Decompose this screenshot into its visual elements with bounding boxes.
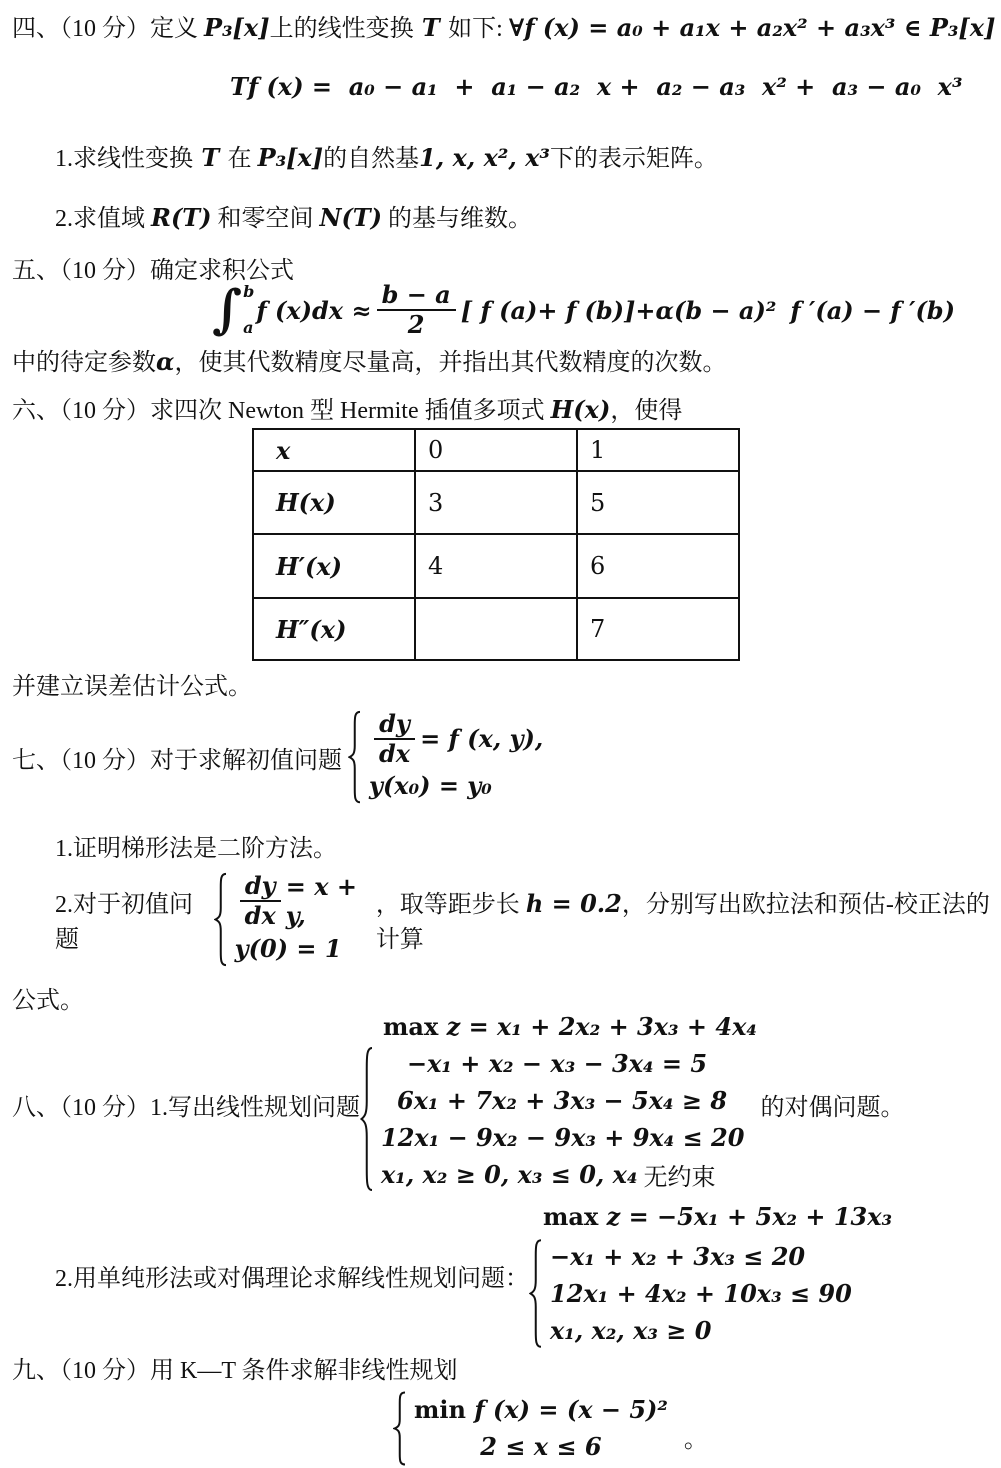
table-row: x 0 1: [253, 429, 739, 471]
q4-heading: 四、（10 分）定义 P₃[x]上的线性变换 T 如下: ∀f (x) = a₀…: [12, 8, 995, 43]
q8-heading: 八、（10 分）1.写出线性规划问题: [12, 1087, 360, 1122]
q8-item2-sign-constraints: x₁, x₂, x₃ ≥ 0: [550, 1312, 852, 1349]
q6-heading: 六、（10 分）求四次 Newton 型 Hermite 插值多项式 H(x)，…: [12, 390, 682, 425]
hermite-table: x 0 1 H(x) 3 5 H′(x) 4 6 H″(x) 7: [252, 428, 740, 661]
q8-objective2: max z = −5x₁ + 5x₂ + 13x₃: [543, 1202, 892, 1231]
q5-tail: 中的待定参数α，使其代数精度尽量高，并指出其代数精度的次数。: [12, 342, 726, 377]
integral-sign: ∫: [212, 288, 242, 332]
q6-footer: 并建立误差估计公式。: [12, 666, 252, 701]
q5-quadrature-formula: ∫ b a f (x)dx ≈ b − a 2 [ f (a)+ f (b)]+…: [212, 280, 955, 340]
q9-problem-row: min f (x) = (x − 5)² 2 ≤ x ≤ 6 。: [393, 1390, 708, 1466]
q9-tail: 。: [684, 1419, 708, 1454]
table-cell: 3: [415, 471, 577, 534]
fraction-denominator: dx: [240, 902, 281, 930]
q8-item2-constraint-1: −x₁ + x₂ + 3x₃ ≤ 20: [550, 1238, 852, 1275]
left-brace-icon: [529, 1238, 544, 1349]
fraction-numerator: dy: [240, 872, 281, 902]
q7-heading: 七、（10 分）对于求解初值问题: [12, 740, 348, 775]
table-cell: 0: [415, 429, 577, 471]
fraction-denominator: 2: [403, 311, 430, 339]
q7-ode-rhs: = f (x, y),: [420, 724, 543, 753]
table-cell-label: H′(x): [253, 534, 415, 598]
q8-constraint-3: 12x₁ − 9x₂ − 9x₃ + 9x₄ ≤ 20: [381, 1119, 744, 1156]
q8-problem-row: 八、（10 分）1.写出线性规划问题 −x₁ + x₂ − x₃ − 3x₄ =…: [12, 1046, 904, 1192]
q7-item2-tail: ，取等距步长 h = 0.2，分别写出欧拉法和预估-校正法的计算: [376, 884, 1001, 954]
fraction-numerator: dy: [374, 710, 415, 740]
table-cell: 1: [577, 429, 739, 471]
q7-item2-system: dy dx = x + y, y(0) = 1: [214, 872, 376, 967]
q7-item2-row: 2.对于初值问题 dy dx = x + y, y(0) = 1 ，取等距步长 …: [55, 860, 1001, 978]
q7-initial-condition: y(x₀) = y₀: [369, 771, 492, 800]
q7-item1: 1.证明梯形法是二阶方法。: [55, 828, 337, 863]
q7-item2-ode-rhs: = x + y,: [286, 872, 376, 930]
q8-item2-row: 2.用单纯形法或对偶理论求解线性规划问题： −x₁ + x₂ + 3x₃ ≤ 2…: [55, 1238, 852, 1348]
fraction-b-minus-a-over-2: b − a 2: [377, 281, 456, 338]
table-row: H(x) 3 5: [253, 471, 739, 534]
integral-upper-limit: b: [243, 284, 254, 300]
table-cell-label: H″(x): [253, 598, 415, 660]
q7-item2-lead: 2.对于初值问题: [55, 884, 214, 954]
q7-item2-continuation: 公式。: [12, 980, 84, 1015]
left-brace-icon: [348, 710, 363, 804]
q5-lhs: f (x)dx ≈: [256, 296, 371, 325]
fraction-numerator: b − a: [377, 281, 456, 311]
q8-item2-lead: 2.用单纯形法或对偶理论求解线性规划问题：: [55, 1258, 529, 1293]
table-cell: 6: [577, 534, 739, 598]
q5-rhs1: [ f (a)+ f (b)]+α(b − a)²: [461, 296, 777, 325]
table-cell-label: x: [253, 429, 415, 471]
table-row: H′(x) 4 6: [253, 534, 739, 598]
q7-item2-initial-condition: y(0) = 1: [235, 934, 342, 963]
q5-rhs2: f ′(a) − f ′(b): [790, 296, 955, 325]
q8-constraint-1: −x₁ + x₂ − x₃ − 3x₄ = 5: [381, 1045, 744, 1082]
q8-item2-constraint-2: 12x₁ + 4x₂ + 10x₃ ≤ 90: [550, 1275, 852, 1312]
document-page: 四、（10 分）定义 P₃[x]上的线性变换 T 如下: ∀f (x) = a₀…: [0, 0, 1001, 1468]
q8-objective1: max z = x₁ + 2x₂ + 3x₃ + 4x₄: [383, 1012, 757, 1041]
table-cell: 5: [577, 471, 739, 534]
q8-sign-constraints: x₁, x₂ ≥ 0, x₃ ≤ 0, x₄ 无约束: [381, 1156, 744, 1193]
table-cell: [415, 598, 577, 660]
left-brace-icon: [360, 1045, 375, 1193]
table-cell: 7: [577, 598, 739, 660]
table-cell: 4: [415, 534, 577, 598]
table-cell-label: H(x): [253, 471, 415, 534]
fraction-dy-dx: dy dx: [240, 872, 281, 929]
q9-nlp-system: min f (x) = (x − 5)² 2 ≤ x ≤ 6: [393, 1391, 668, 1466]
left-brace-icon: [214, 872, 229, 967]
integral-lower-limit: a: [243, 320, 254, 336]
q4-transform-formula: Tf (x) = a₀ − a₁ + a₁ − a₂ x + a₂ − a₃ x…: [230, 72, 962, 101]
q4-item2: 2.求值域 R(T) 和零空间 N(T) 的基与维数。: [55, 198, 532, 233]
q8-tail: 的对偶问题。: [760, 1087, 904, 1122]
fraction-dy-dx: dy dx: [374, 710, 415, 767]
q9-objective: min f (x) = (x − 5)²: [414, 1391, 668, 1428]
q7-problem-row: 七、（10 分）对于求解初值问题 dy dx = f (x, y), y(x₀)…: [12, 698, 543, 816]
integral-symbol: ∫ b a: [212, 284, 254, 336]
left-brace-icon: [393, 1391, 408, 1466]
table-row: H″(x) 7: [253, 598, 739, 660]
q8-constraint-2: 6x₁ + 7x₂ + 3x₃ − 5x₄ ≥ 8: [381, 1082, 744, 1119]
q8-item2-lp-system: −x₁ + x₂ + 3x₃ ≤ 20 12x₁ + 4x₂ + 10x₃ ≤ …: [529, 1238, 852, 1349]
q7-ivp-system: dy dx = f (x, y), y(x₀) = y₀: [348, 710, 543, 804]
q7-ode-line: dy dx = f (x, y),: [369, 710, 543, 767]
q8-lp-system: −x₁ + x₂ − x₃ − 3x₄ = 5 6x₁ + 7x₂ + 3x₃ …: [360, 1045, 744, 1193]
fraction-denominator: dx: [374, 740, 415, 768]
q9-constraint: 2 ≤ x ≤ 6: [414, 1428, 668, 1465]
q9-heading: 九、（10 分）用 K—T 条件求解非线性规划: [12, 1350, 458, 1385]
q7-item2-ode-line: dy dx = x + y,: [235, 872, 376, 930]
q4-item1: 1.求线性变换 T 在 P₃[x]的自然基1, x, x², x³下的表示矩阵。: [55, 138, 718, 173]
